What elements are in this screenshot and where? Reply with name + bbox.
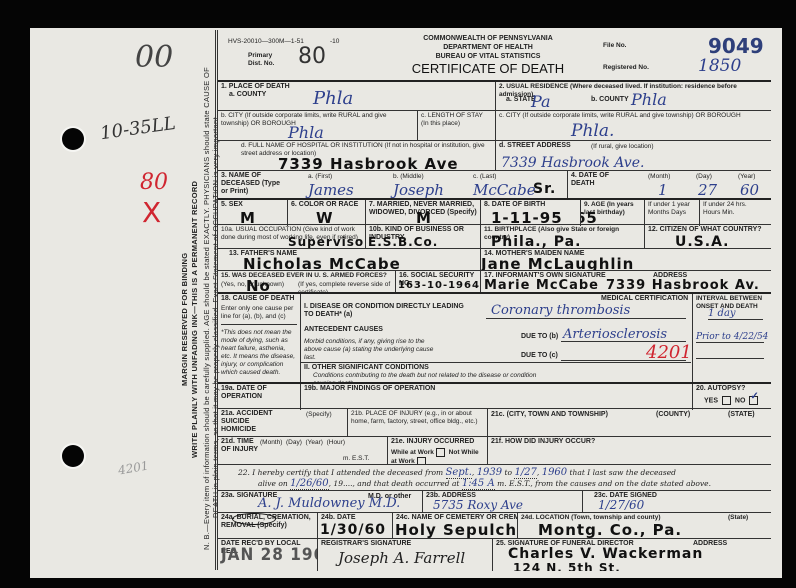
agency-line-3: BUREAU OF VITAL STATISTICS — [388, 52, 588, 61]
autopsy-no-checkbox[interactable]: ✓ — [749, 396, 758, 405]
row-injury-place: 21a. ACCIDENT SUICIDE HOMICIDE (Specify)… — [218, 408, 771, 437]
red-x-mark: X — [142, 196, 161, 229]
injury-county-label: (COUNTY) — [656, 411, 690, 419]
row-occupation: 10a. USUAL OCCUPATION (Give kind of work… — [218, 224, 771, 249]
primary-dist-label: Primary Dist. No. — [248, 52, 278, 68]
row-name: 3. NAME OF DECEASED (Type or Print) a. (… — [218, 170, 771, 199]
cause-footnote: *This does not mean the mode of dying, s… — [221, 329, 297, 377]
date-signed-value: 1/27/60 — [598, 498, 644, 512]
death-certificate-form: HVS-20010—300M—1-51 -10 Primary Dist. No… — [215, 30, 771, 570]
cert-time: 1:45 A — [462, 478, 495, 490]
first-name-label: a. (First) — [308, 173, 332, 181]
row-operation: 19a. DATE OF OPERATION 19b. MAJOR FINDIN… — [218, 382, 771, 410]
part1-label: I. DISEASE OR CONDITION DIRECTLY LEADING… — [304, 303, 474, 319]
document-title: CERTIFICATE OF DEATH — [388, 61, 588, 77]
row-certification: 22. I hereby certify that I attended the… — [218, 464, 771, 491]
burial-date-field-label: 24b. DATE — [321, 514, 389, 522]
cause-a-value: Coronary thrombosis — [491, 303, 630, 318]
cause-label: 18. CAUSE OF DEATH — [221, 295, 297, 303]
row-hospital-street: d. FULL NAME OF HOSPITAL OR INSTITUTION … — [218, 140, 771, 171]
cert-line1-suffix: that I last saw the deceased — [570, 468, 676, 477]
medical-cert-label: MEDICAL CERTIFICATION — [601, 295, 688, 303]
row-registrar: DATE REC'D BY LOCAL REG. JAN 28 1960 REG… — [218, 538, 771, 571]
signature-value: A. J. Muldowney M.D. — [258, 496, 400, 511]
autopsy-yes-label: YES — [704, 397, 718, 404]
binding-margin: 00 10-35LL 80 X 4201 MARGIN RESERVED FOR… — [30, 28, 215, 578]
while-at-work-checkbox[interactable] — [436, 448, 445, 457]
place-city-value: Phla — [288, 123, 324, 141]
due-c-label: DUE TO (c) — [521, 352, 558, 360]
time-of-injury-label: 21d. TIME OF INJURY — [221, 438, 261, 454]
punch-hole-bottom — [62, 445, 84, 467]
residence-county-label: b. COUNTY — [591, 96, 629, 104]
armed-forces-value: No — [246, 277, 271, 293]
death-year: 60 — [740, 181, 759, 199]
residence-city-value: Phla. — [571, 121, 614, 141]
cert-alive-label: alive on — [258, 479, 288, 488]
injury-state-label: (STATE) — [728, 411, 755, 419]
row-injury-time: 21d. TIME OF INJURY (Month) (Day) (Year)… — [218, 436, 771, 465]
death-day: 27 — [698, 181, 717, 199]
time-est: m. E.S.T. — [343, 455, 369, 463]
middle-name-label: b. (Middle) — [393, 173, 424, 181]
death-day-label: (Day) — [696, 173, 712, 181]
first-name-value: James — [308, 181, 354, 199]
row-vitals: 5. SEX M 6. COLOR OR RACE W 7. MARRIED, … — [218, 198, 771, 226]
cert-from-year: 1939 — [477, 467, 502, 478]
injury-city-label: 21c. (CITY, TOWN AND TOWNSHIP) — [491, 411, 608, 419]
death-month: 1 — [658, 181, 668, 199]
under-year-label: If under 1 year — [648, 201, 696, 209]
place-county-label: a. COUNTY — [221, 91, 492, 99]
morbid-label: Morbid conditions, if any, giving rise t… — [304, 338, 444, 362]
middle-name-value: Joseph — [393, 181, 444, 199]
file-no: 9049 — [708, 34, 764, 58]
street-hint: (If rural, give location) — [591, 143, 654, 151]
interval-a-value: 1 day — [708, 308, 763, 320]
punch-hole-top — [62, 128, 84, 150]
name-label: 3. NAME OF DECEASED (Type or Print) — [221, 172, 281, 196]
agency-line-1: COMMONWEALTH OF PENNSYLVANIA — [388, 34, 588, 43]
burial-circle — [232, 513, 276, 525]
accident-label: 21a. ACCIDENT SUICIDE HOMICIDE — [221, 410, 276, 434]
occupation-value: Supervisor- — [288, 235, 366, 249]
registered-no: 1850 — [698, 56, 741, 76]
last-name-value: McCabe — [473, 181, 536, 199]
form-code-suffix: -10 — [330, 38, 339, 46]
form-header: HVS-20010—300M—1-51 -10 Primary Dist. No… — [218, 30, 771, 78]
cause-code: 4201 — [646, 342, 692, 363]
street-value: 7339 Hasbrook Ave. — [501, 155, 644, 171]
interval-b-value: Prior to 4/22/54 — [696, 332, 764, 343]
agency-line-2: DEPARTMENT OF HEALTH — [388, 43, 588, 52]
last-name-label: c. (Last) — [473, 173, 496, 181]
length-of-stay-label: c. LENGTH OF STAY (In this place) — [421, 112, 492, 128]
hospital-value: 7339 Hasbrook Ave — [278, 155, 459, 171]
row-signature: 23a. SIGNATURE M.D. or other A. J. Muldo… — [218, 490, 771, 513]
file-no-label: File No. — [603, 42, 626, 50]
injury-occurred-label: 21e. INJURY OCCURRED — [391, 438, 484, 446]
row-city: b. CITY (If outside corporate limits, wr… — [218, 110, 771, 141]
place-of-death-label: 1. PLACE OF DEATH — [221, 83, 492, 91]
row-parents: 13. FATHER'S NAME Nicholas McCabe 14. MO… — [218, 248, 771, 271]
operation-findings-label: 19b. MAJOR FINDINGS OF OPERATION — [304, 385, 689, 393]
primary-dist-no: 80 — [298, 44, 326, 69]
residence-county-value: Phla — [631, 90, 667, 109]
cert-line2-mid: 19...., and that death occurred at — [333, 479, 459, 488]
handwritten-top-mark: 00 — [135, 40, 173, 75]
race-label: 6. COLOR OR RACE — [291, 201, 362, 209]
time-columns: (Month) (Day) (Year) (Hour) — [260, 439, 345, 447]
cert-line2-suffix: m. E.S.T., from the causes and on the da… — [497, 479, 711, 488]
residence-city-label: c. CITY (If outside corporate limits, wr… — [499, 112, 768, 120]
part2-label: II. OTHER SIGNIFICANT CONDITIONS — [304, 364, 429, 372]
ink-note: WRITE PLAINLY WITH UNFADING INK—THIS IS … — [190, 181, 199, 458]
place-of-injury-label: 21b. PLACE OF INJURY (e.g., in or about … — [351, 410, 484, 426]
binding-note: MARGIN RESERVED FOR BINDING — [180, 253, 189, 386]
cert-to-year: 1960 — [542, 467, 567, 478]
form-code: HVS-20010—300M—1-51 — [228, 38, 304, 46]
death-year-label: (Year) — [738, 173, 755, 181]
sig-address-value: 5735 Roxy Ave — [433, 498, 523, 512]
due-b-label: DUE TO (b) — [521, 333, 558, 341]
antecedent-label: ANTECEDENT CAUSES — [304, 326, 383, 334]
autopsy-no-label: NO — [735, 397, 746, 404]
name-suffix: Sr. — [533, 181, 556, 197]
date-received-stamp: JAN 28 1960 — [221, 545, 318, 565]
red-number: 80 — [140, 170, 168, 195]
date-of-death-label: 4. DATE OF DEATH — [571, 172, 621, 188]
citizen-value: U.S.A. — [675, 234, 730, 249]
row-informant: 15. WAS DECEASED EVER IN U. S. ARMED FOR… — [218, 270, 771, 293]
under-24-label: If under 24 hrs. — [703, 201, 768, 209]
funeral-director-value: Charles V. Wackerman — [508, 546, 703, 562]
row-place-county: 1. PLACE OF DEATH a. COUNTY Phla 2. USUA… — [218, 80, 771, 112]
while-at-work-label: While at Work — [391, 449, 434, 456]
business-value: E.S.B.Co. — [368, 235, 438, 249]
autopsy-yes-checkbox[interactable] — [722, 396, 731, 405]
informant-value: Marie McCabe — [484, 278, 599, 293]
registered-no-label: Registered No. — [603, 64, 649, 72]
handwritten-reference: 10-35LL — [99, 113, 177, 144]
birthplace-value: Phila., Pa. — [491, 234, 581, 249]
how-injury-label: 21f. HOW DID INJURY OCCUR? — [491, 438, 768, 446]
cert-line1-prefix: 22. I hereby certify that I attended the… — [238, 468, 443, 477]
operation-date-label: 19a. DATE OF OPERATION — [221, 385, 297, 401]
cemetery-value: Holy Sepulchre — [395, 521, 518, 539]
cert-to-label: to — [505, 468, 513, 477]
funeral-director-address: 124 N. 5th St. — [513, 561, 621, 571]
informant-address-value: 7339 Hasbrook Av. — [606, 278, 760, 293]
mother-value: Jane McLaughlin — [481, 255, 634, 271]
residence-state-value: Pa — [531, 92, 551, 111]
location-value: Montg. Co., Pa. — [538, 521, 682, 539]
pencil-number: 4201 — [117, 458, 150, 477]
row-cause-of-death: 18. CAUSE OF DEATH Enter only one cause … — [218, 292, 771, 384]
accident-specify: (Specify) — [306, 411, 332, 419]
nb-note-line1: N. B.—Every item of information should b… — [202, 67, 211, 550]
sex-label: 5. SEX — [221, 201, 284, 209]
row-burial: 24a. BURIAL, CREMATION, REMOVAL (Specify… — [218, 512, 771, 539]
father-value: Nicholas McCabe — [243, 255, 401, 271]
cause-instruction: Enter only one cause per line for (a), (… — [221, 305, 297, 325]
registrar-value: Joseph A. Farrell — [338, 549, 465, 567]
death-month-label: (Month) — [648, 173, 670, 181]
ssn-value: 163-10-1964 — [398, 280, 480, 291]
cause-b-value: Arteriosclerosis — [563, 327, 667, 342]
citizen-label: 12. CITIZEN OF WHAT COUNTRY? — [648, 226, 768, 234]
birth-date-label: 8. DATE OF BIRTH — [484, 201, 577, 209]
place-county-value: Phla — [313, 88, 353, 109]
hours-min-label: Hours Min. — [703, 209, 768, 217]
cert-alive-on: 1/26/60 — [290, 478, 329, 490]
burial-date-value: 1/30/60 — [320, 522, 386, 538]
location-state-label: (State) — [728, 514, 748, 522]
registrar-label: REGISTRAR'S SIGNATURE — [321, 540, 489, 548]
months-days-label: Months Days — [648, 209, 696, 217]
